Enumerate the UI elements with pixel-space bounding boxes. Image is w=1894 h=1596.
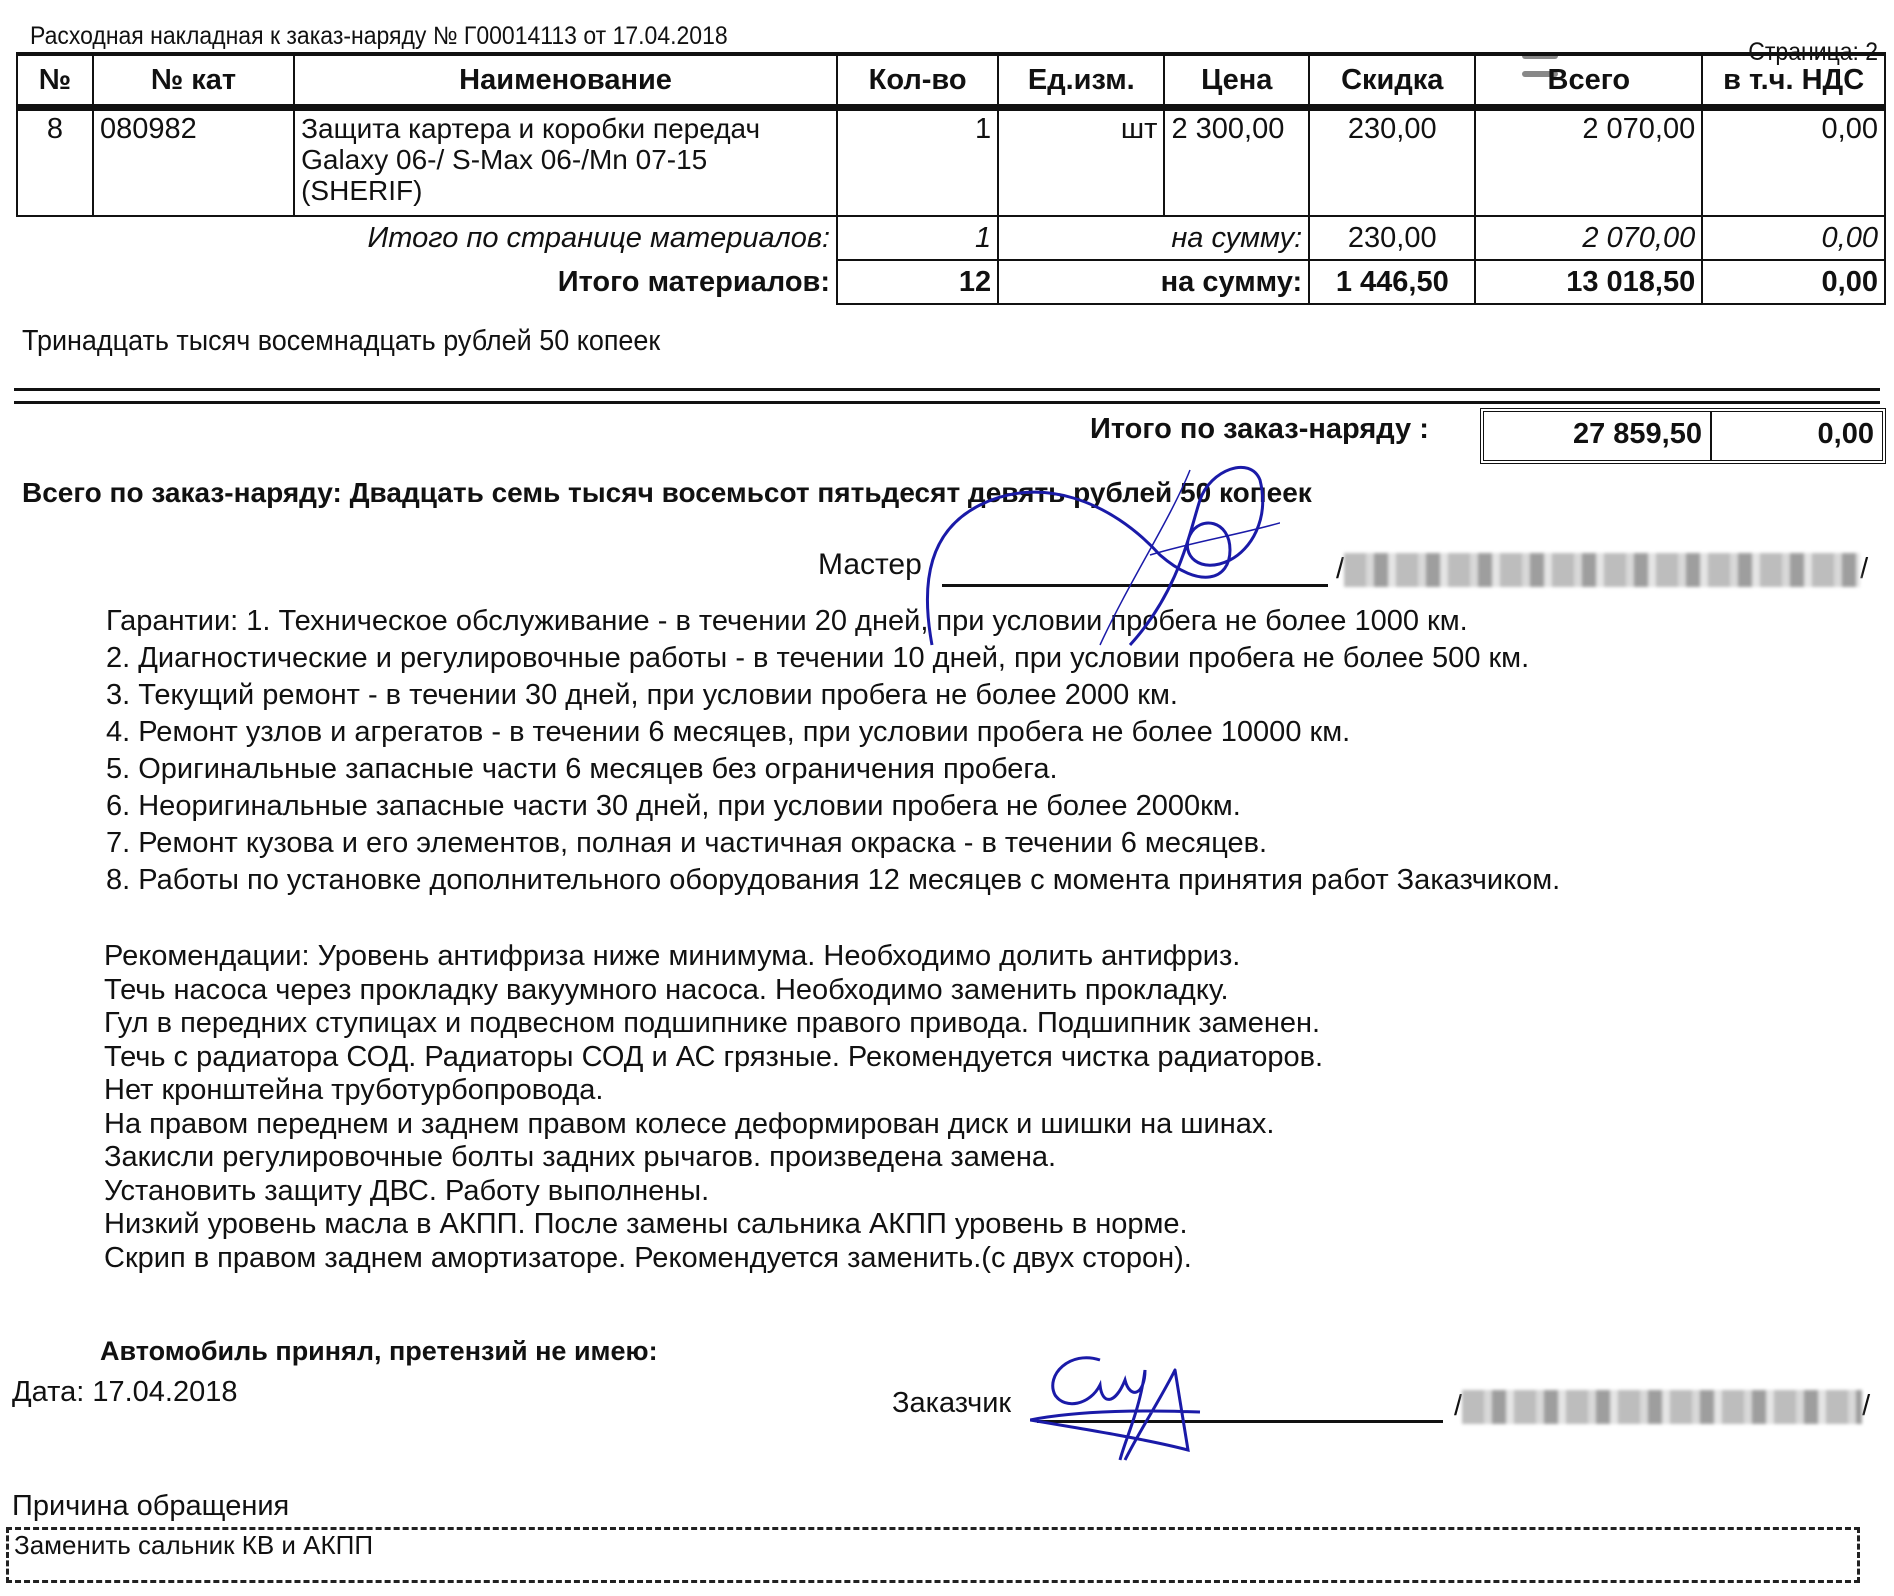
row-name-line: Защита картера и коробки передач xyxy=(301,113,830,144)
order-total-vat: 0,00 xyxy=(1712,412,1882,460)
recommendations-list: Рекомендации: Уровень антифриза ниже мин… xyxy=(104,940,1323,1275)
col-header-unit: Ед.изм. xyxy=(998,54,1164,108)
order-total-label: Итого по заказ-наряду : xyxy=(1090,413,1429,446)
materials-total-discount: 1 446,50 xyxy=(1309,260,1475,304)
row-name-line: Galaxy 06-/ S-Max 06-/Mn 07-15 xyxy=(301,144,830,175)
materials-total-label: Итого материалов: xyxy=(17,260,837,304)
warranty-item: 8. Работы по установке дополнительного о… xyxy=(106,862,1560,899)
redaction-blur xyxy=(1344,553,1860,587)
recommendation-item: Течь с радиатора СОД. Радиаторы СОД и АС… xyxy=(104,1041,1323,1075)
page-subtotal-qty: 1 xyxy=(837,216,998,260)
warranty-list: Гарантии: 1. Техническое обслуживание - … xyxy=(106,603,1560,899)
row-price: 2 300,00 xyxy=(1164,108,1309,217)
col-header-qty: Кол-во xyxy=(837,54,998,108)
col-header-num: № xyxy=(17,54,93,108)
page-subtotal-sum-label: на сумму: xyxy=(998,216,1309,260)
customer-name-redacted: // xyxy=(1454,1390,1870,1424)
row-total: 2 070,00 xyxy=(1475,108,1702,217)
recommendation-item: Низкий уровень масла в АКПП. После замен… xyxy=(104,1208,1323,1242)
page-subtotal-vat: 0,00 xyxy=(1702,216,1885,260)
row-unit: шт xyxy=(998,108,1164,217)
recommendation-item: Скрип в правом заднем амортизаторе. Реко… xyxy=(104,1242,1323,1276)
document-title: Расходная накладная к заказ-наряду № Г00… xyxy=(30,22,728,51)
recommendation-item: Нет кронштейна труботурбопровода. xyxy=(104,1074,1323,1108)
page-subtotal-row: Итого по странице материалов: 1 на сумму… xyxy=(17,216,1885,260)
acceptance-date: Дата: 17.04.2018 xyxy=(12,1376,237,1409)
row-cat: 080982 xyxy=(93,108,294,217)
warranty-item: Гарантии: 1. Техническое обслуживание - … xyxy=(106,603,1560,640)
materials-amount-words: Тринадцать тысяч восемнадцать рублей 50 … xyxy=(22,325,660,358)
recommendation-item: Закисли регулировочные болты задних рыча… xyxy=(104,1141,1323,1175)
table-header-row: № № кат Наименование Кол-во Ед.изм. Цена… xyxy=(17,54,1885,108)
materials-total-total: 13 018,50 xyxy=(1475,260,1702,304)
order-total-value: 27 859,50 xyxy=(1484,412,1712,460)
grand-total-words: Всего по заказ-наряду: Двадцать семь тыс… xyxy=(22,477,1312,509)
warranty-item: 5. Оригинальные запасные части 6 месяцев… xyxy=(106,751,1560,788)
recommendation-item: Гул в передних ступицах и подвесном подш… xyxy=(104,1007,1323,1041)
customer-signature-icon xyxy=(1030,1350,1260,1470)
warranty-item: 6. Неоригинальные запасные части 30 дней… xyxy=(106,788,1560,825)
row-discount: 230,00 xyxy=(1309,108,1475,217)
materials-total-row: Итого материалов: 12 на сумму: 1 446,50 … xyxy=(17,260,1885,304)
warranty-item: 2. Диагностические и регулировочные рабо… xyxy=(106,640,1560,677)
page-subtotal-discount: 230,00 xyxy=(1309,216,1475,260)
master-label: Мастер xyxy=(818,548,922,582)
double-divider xyxy=(14,388,1880,404)
page-subtotal-total: 2 070,00 xyxy=(1475,216,1702,260)
recommendation-item: Рекомендации: Уровень антифриза ниже мин… xyxy=(104,940,1323,974)
row-qty: 1 xyxy=(837,108,998,217)
page-subtotal-label: Итого по странице материалов: xyxy=(17,216,837,260)
row-name: Защита картера и коробки передач Galaxy … xyxy=(294,108,837,217)
materials-total-sum-label: на сумму: xyxy=(998,260,1309,304)
reason-text: Заменить сальник КВ и АКПП xyxy=(14,1530,373,1561)
master-name-redacted: // xyxy=(1336,553,1868,587)
reason-label: Причина обращения xyxy=(12,1490,289,1523)
redaction-blur xyxy=(1462,1390,1862,1424)
row-vat: 0,00 xyxy=(1702,108,1885,217)
recommendation-item: На правом переднем и заднем правом колес… xyxy=(104,1108,1323,1142)
materials-total-qty: 12 xyxy=(837,260,998,304)
col-header-discount: Скидка xyxy=(1309,54,1475,108)
col-header-cat: № кат xyxy=(93,54,294,108)
warranty-item: 7. Ремонт кузова и его элементов, полная… xyxy=(106,825,1560,862)
row-name-line: (SHERIF) xyxy=(301,175,830,206)
materials-total-vat: 0,00 xyxy=(1702,260,1885,304)
master-signature-line xyxy=(942,584,1328,587)
col-header-price: Цена xyxy=(1164,54,1309,108)
materials-table: № № кат Наименование Кол-во Ед.изм. Цена… xyxy=(16,52,1886,305)
col-header-name: Наименование xyxy=(294,54,837,108)
acceptance-statement: Автомобиль принял, претензий не имею: xyxy=(100,1336,658,1367)
order-total-box: 27 859,50 0,00 xyxy=(1480,408,1886,464)
col-header-vat: в т.ч. НДС xyxy=(1702,54,1885,108)
recommendation-item: Течь насоса через прокладку вакуумного н… xyxy=(104,974,1323,1008)
col-header-total: Всего xyxy=(1475,54,1702,108)
recommendation-item: Установить защиту ДВС. Работу выполнены. xyxy=(104,1175,1323,1209)
warranty-item: 4. Ремонт узлов и агрегатов - в течении … xyxy=(106,714,1560,751)
warranty-item: 3. Текущий ремонт - в течении 30 дней, п… xyxy=(106,677,1560,714)
customer-label: Заказчик xyxy=(892,1387,1011,1420)
row-num: 8 xyxy=(17,108,93,217)
customer-signature-line xyxy=(1037,1420,1443,1423)
table-row: 8 080982 Защита картера и коробки переда… xyxy=(17,108,1885,217)
